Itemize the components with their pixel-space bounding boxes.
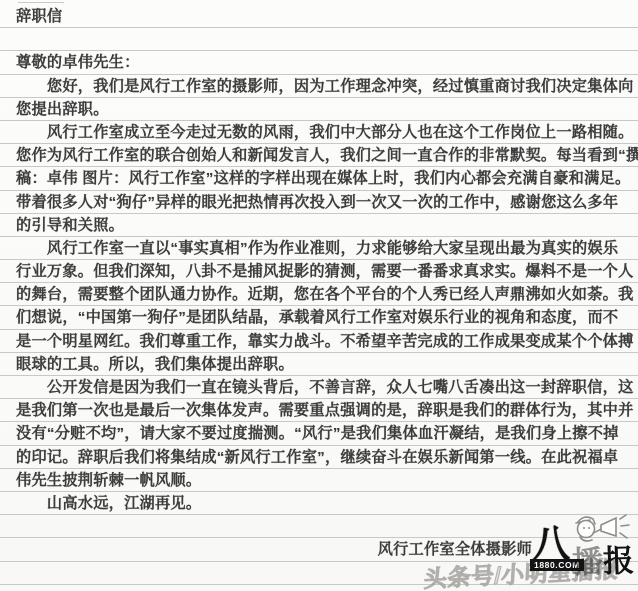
doc-line: 是我们第一次也是最后一次集体发声。需要重点强调的是，辞职是我们的群体行为，其中并 [0, 399, 638, 422]
doc-line: 带着很多人对“狗仔”异样的眼光把热情再次投入到一次又一次的工作中，感谢您这么多年 [0, 191, 638, 214]
doc-title: 辞职信 [16, 8, 62, 25]
scanned-letter-page: 辞职信 尊敬的卓伟先生： 您好，我们是风行工作室的摄影师，因为工作理念冲突，经过… [0, 0, 638, 591]
doc-line: 您提出辞职。 [0, 98, 638, 121]
doc-line: 眼球的工具。所以，我们集体提出辞职。 [0, 353, 638, 376]
logo-bobao-text: 播报 [571, 545, 634, 578]
salutation-line: 尊敬的卓伟先生： [0, 51, 638, 74]
doc-line: 是一个明星网红。我们尊重工作，靠实力战斗。不希望辛苦完成的工作成果变成某个个体搏 [0, 330, 638, 353]
doc-line: 公开发信是因为我们一直在镜头背后，不善言辞，众人七嘴八舌凑出这一封辞职信，这 [0, 376, 638, 399]
watermark-logo: 八 1880.COM 播报 [528, 513, 638, 591]
doc-line: 您好，我们是风行工作室的摄影师，因为工作理念冲突，经过慎重商讨我们决定集体向 [0, 75, 638, 98]
logo-bo-character: 播 [571, 544, 603, 580]
doc-line: 的引导和关照。 [0, 214, 638, 237]
doc-line [0, 28, 638, 51]
doc-line: 的舞台，需要整个团队通力协作。近期，您在各个平台的个人秀已经人声鼎沸如火如荼。我 [0, 283, 638, 306]
doc-line: 您作为风行工作室的联合创始人和新闻发言人，我们之间一直合作的非常默契。每当看到“… [0, 144, 638, 167]
doc-line: 稿：卓伟 图片：风行工作室”这样的字样出现在媒体上时，我们内心都会充满自豪和满足… [0, 167, 638, 190]
doc-line: 行业万象。但我们深知，八卦不是捕风捉影的猜测，需要一番番求真求实。爆料不是一个人 [0, 260, 638, 283]
logo-bao-character: 报 [602, 543, 634, 579]
doc-line: 伟先生披荆斩棘一帆风顺。 [0, 469, 638, 492]
top-partial-rule-line [18, 2, 64, 3]
doc-line: 山高水远，江湖再见。 [0, 492, 638, 515]
doc-title-line: 辞职信 [0, 5, 638, 28]
doc-line: 没有“分赃不均”，请大家不要过度揣测。“风行”是我们集体血汗凝结，是我们身上擦不… [0, 422, 638, 445]
doc-line: 风行工作室一直以“事实真相”作为作业准则，力求能够给大家呈现出最为真实的娱乐 [0, 237, 638, 260]
doc-line: 们想说，“中国第一狗仔”是团队结晶，承载着风行工作室对娱乐行业的视角和态度，而不 [0, 306, 638, 329]
doc-line: 的印记。辞职后我们将集结成“新风行工作室”，继续奋斗在娱乐新闻第一线。在此祝福卓 [0, 446, 638, 469]
doc-line: 风行工作室成立至今走过无数的风雨，我们中大部分人也在这个工作岗位上一路相随。 [0, 121, 638, 144]
